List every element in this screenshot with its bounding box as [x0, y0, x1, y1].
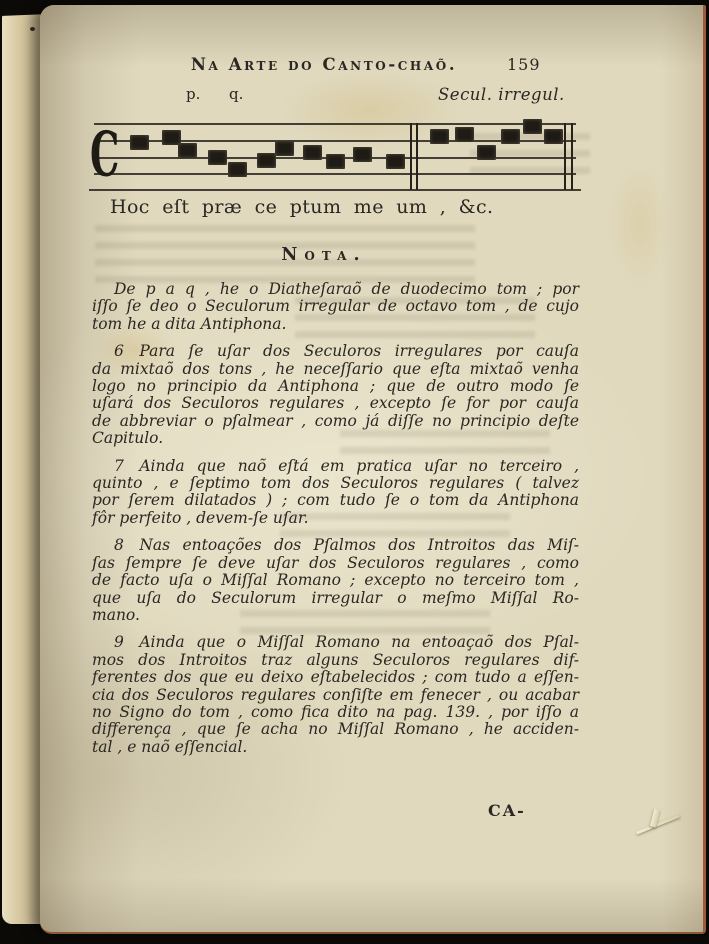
barline [410, 123, 412, 190]
plainchant-note [178, 143, 197, 158]
plainchant-note [257, 153, 276, 168]
text-line: differença , que ſe acha no Miſſal Roman… [92, 721, 579, 738]
plainchant-note [523, 119, 542, 134]
text-line: iſſo ſe deo o Seculorum irregular de oct… [92, 298, 579, 315]
barline [564, 123, 566, 190]
plainchant-note [353, 147, 372, 162]
page-number: 159 [507, 55, 541, 74]
text-line: mos dos Introitos traz alguns Seculoros … [92, 652, 579, 669]
text-line: logo no principio da Antiphona ; que de … [92, 378, 579, 395]
text-line: De p a q , he o Diatheſaraõ de duodecimo… [92, 281, 579, 298]
plainchant-note [275, 141, 294, 156]
seculorum-label: Secul. irregul. [438, 85, 565, 104]
plainchant-note [501, 129, 520, 144]
plainchant-note [455, 127, 474, 142]
plainchant-note [326, 154, 345, 169]
paragraph: 9 Ainda que o Miſſal Romano na entoaçaõ … [92, 634, 579, 756]
text-line: 7 Ainda que naõ eſtá em pratica uſar no … [92, 458, 579, 475]
chant-lyrics: Hoc eſt præ ce ptum me um , &c. [110, 196, 493, 218]
ink-speck [30, 27, 35, 31]
plainchant-note [303, 145, 322, 160]
paragraph: 7 Ainda que naõ eſtá em pratica uſar no … [92, 458, 579, 528]
text-line: tal , e naõ eſſencial. [92, 739, 579, 756]
catchword: CA- [488, 801, 526, 820]
barline [571, 123, 573, 190]
barline [416, 123, 418, 190]
plainchant-note [130, 135, 149, 150]
staff-line [94, 123, 576, 125]
text-line: que uſa do Seculorum irregular o meſmo M… [92, 590, 579, 607]
text-line: da mixtaõ dos tons , he neceſſario que e… [92, 361, 579, 378]
text-line: 8 Nas entoações dos Pſalmos dos Introito… [92, 537, 579, 554]
text-line: 6 Para ſe uſar dos Seculoros irregulares… [92, 343, 579, 360]
page-content: Na Arte do Canto-chaõ. 159 p. q. Secul. … [92, 5, 579, 932]
plainchant-note [544, 129, 563, 144]
plainchant-note [228, 162, 247, 177]
pitch-letter-q: q. [229, 85, 243, 103]
pitch-letter-p: p. [186, 85, 200, 103]
plainchant-note [477, 145, 496, 160]
paragraph: 6 Para ſe uſar dos Seculoros irregulares… [92, 343, 579, 447]
c-clef-icon: C [90, 123, 119, 185]
text-line: ferentes dos que eu deixo eſtabelecidos … [92, 669, 579, 686]
text-line: no Signo do tom , como fica dito na pag.… [92, 704, 579, 721]
book-page: Na Arte do Canto-chaõ. 159 p. q. Secul. … [40, 5, 706, 934]
music-staff: C [94, 121, 576, 197]
text-line: de abbreviar o pſalmear , como já diſſe … [92, 413, 579, 430]
staff-line [89, 189, 581, 191]
text-line: cia dos Seculoros regulares conſiſte em … [92, 687, 579, 704]
text-line: mano. [92, 607, 579, 624]
nota-heading: Nota. [92, 245, 556, 265]
body-text: De p a q , he o Diatheſaraõ de duodecimo… [92, 281, 579, 766]
plainchant-note [208, 150, 227, 165]
paragraph: De p a q , he o Diatheſaraõ de duodecimo… [92, 281, 579, 333]
text-line: por ſerem dilatados ) ; com tudo ſe o to… [92, 492, 579, 509]
text-line: de facto uſa o Miſſal Romano ; excepto n… [92, 572, 579, 589]
running-head: Na Arte do Canto-chaõ. [92, 55, 556, 74]
text-line: fôr perfeito , devem-ſe uſar. [92, 510, 579, 527]
book-scan-photo: Na Arte do Canto-chaõ. 159 p. q. Secul. … [0, 0, 709, 944]
plainchant-note [430, 129, 449, 144]
plainchant-note [386, 154, 405, 169]
text-line: uſará dos Seculoros regulares , excepto … [92, 395, 579, 412]
text-line: 9 Ainda que o Miſſal Romano na entoaçaõ … [92, 634, 579, 651]
text-line: Capitulo. [92, 430, 579, 447]
paragraph: 8 Nas entoações dos Pſalmos dos Introito… [92, 537, 579, 624]
running-head-title: Na Arte do Canto-chaõ. [191, 55, 457, 74]
text-line: ſas ſempre ſe deve uſar dos Seculoros re… [92, 555, 579, 572]
staff-line [94, 173, 576, 175]
text-line: tom he a dita Antiphona. [92, 316, 579, 333]
text-line: quinto , e ſeptimo tom dos Seculoros reg… [92, 475, 579, 492]
